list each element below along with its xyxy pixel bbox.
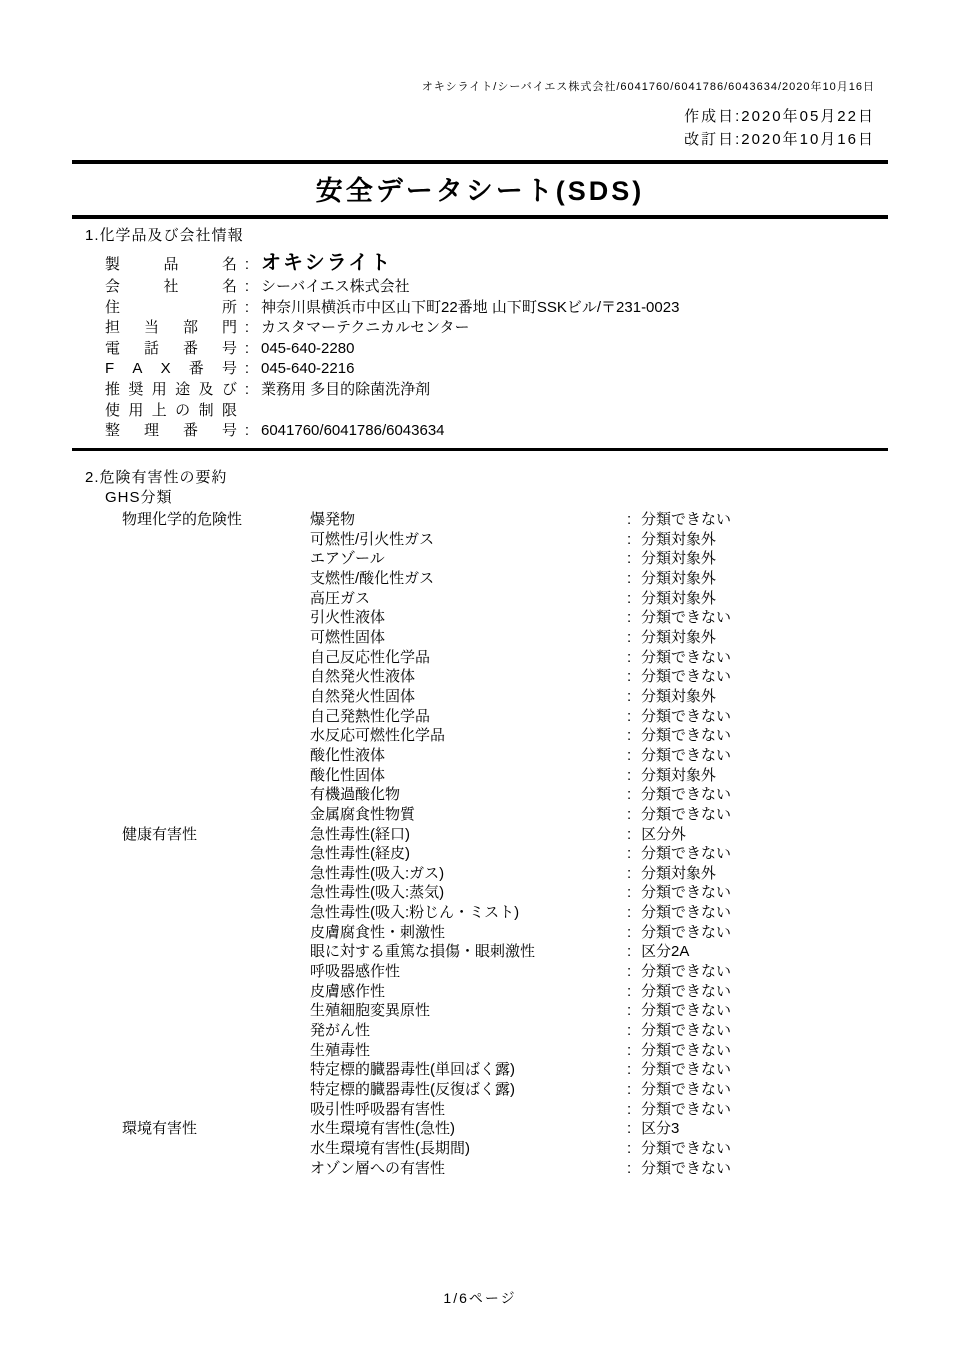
ghs-category-label xyxy=(122,766,310,786)
info-row: 推奨用途及び : 業務用 多目的除菌洗浄剤 xyxy=(105,380,920,401)
ghs-category-label xyxy=(122,883,310,903)
section1-heading: 1.化学品及び会社情報 xyxy=(85,226,920,246)
document-title-text: 安全データシート(SDS) xyxy=(316,176,645,206)
ghs-colon: : xyxy=(627,1159,641,1179)
info-label: 電話番号 xyxy=(105,339,237,360)
ghs-item-name: 爆発物 xyxy=(310,510,627,530)
ghs-item-value: 分類対象外 xyxy=(641,628,716,648)
info-value: 6041760/6041786/6043634 xyxy=(261,421,445,442)
ghs-colon: : xyxy=(627,628,641,648)
info-colon: : xyxy=(239,318,255,339)
ghs-colon: : xyxy=(627,569,641,589)
ghs-colon: : xyxy=(627,667,641,687)
ghs-category-label xyxy=(122,569,310,589)
sds-page: オキシライト/シーバイエス株式会社/6041760/6041786/604363… xyxy=(0,0,960,1357)
ghs-row: 高圧ガス : 分類対象外 xyxy=(85,589,940,609)
ghs-row: 引火性液体 : 分類できない xyxy=(85,608,940,628)
info-row: 住所 : 神奈川県横浜市中区山下町22番地 山下町SSKビル/〒231-0023 xyxy=(105,298,920,319)
info-row: 担当部門 : カスタマーテクニカルセンター xyxy=(105,318,920,339)
ghs-item-value: 区分外 xyxy=(641,825,686,845)
ghs-colon: : xyxy=(627,530,641,550)
ghs-item-name: 急性毒性(経口) xyxy=(310,825,627,845)
ghs-item-name: 呼吸器感作性 xyxy=(310,962,627,982)
ghs-item-name: 水反応可燃性化学品 xyxy=(310,726,627,746)
doc-reference-line: オキシライト/シーバイエス株式会社/6041760/6041786/604363… xyxy=(422,78,875,94)
info-colon: : xyxy=(239,277,255,298)
ghs-row: 酸化性固体 : 分類対象外 xyxy=(85,766,940,786)
ghs-category-label xyxy=(122,1139,310,1159)
ghs-item-name: 眼に対する重篤な損傷・眼刺激性 xyxy=(310,942,627,962)
ghs-item-name: 生殖毒性 xyxy=(310,1041,627,1061)
ghs-row: 生殖細胞変異原性 : 分類できない xyxy=(85,1001,940,1021)
ghs-row: 酸化性液体 : 分類できない xyxy=(85,746,940,766)
ghs-item-name: 吸引性呼吸器有害性 xyxy=(310,1100,627,1120)
ghs-category-label xyxy=(122,1041,310,1061)
ghs-row: 生殖毒性 : 分類できない xyxy=(85,1041,940,1061)
ghs-colon: : xyxy=(627,1001,641,1021)
ghs-row: 自己反応性化学品 : 分類できない xyxy=(85,648,940,668)
ghs-item-name: 金属腐食性物質 xyxy=(310,805,627,825)
ghs-item-name: エアゾール xyxy=(310,549,627,569)
ghs-category-label xyxy=(122,923,310,943)
ghs-category-label xyxy=(122,903,310,923)
info-label: 会社名 xyxy=(105,277,237,298)
ghs-colon: : xyxy=(627,805,641,825)
ghs-item-value: 分類できない xyxy=(641,903,731,923)
ghs-category-label xyxy=(122,1060,310,1080)
ghs-category-label: 健康有害性 xyxy=(122,825,310,845)
ghs-row: 急性毒性(吸入:蒸気) : 分類できない xyxy=(85,883,940,903)
ghs-item-value: 分類できない xyxy=(641,1100,731,1120)
ghs-row: オゾン層への有害性 : 分類できない xyxy=(85,1159,940,1179)
ghs-item-name: 急性毒性(吸入:粉じん・ミスト) xyxy=(310,903,627,923)
ghs-item-name: 特定標的臓器毒性(単回ばく露) xyxy=(310,1060,627,1080)
info-value: 045-640-2280 xyxy=(261,339,354,360)
ghs-colon: : xyxy=(627,785,641,805)
info-colon: : xyxy=(239,380,255,401)
ghs-item-name: 特定標的臓器毒性(反復ばく露) xyxy=(310,1080,627,1100)
ghs-category-label xyxy=(122,785,310,805)
ghs-row: 金属腐食性物質 : 分類できない xyxy=(85,805,940,825)
ghs-row: 物理化学的危険性 爆発物 : 分類できない xyxy=(85,510,940,530)
info-label: 使用上の制限 xyxy=(105,401,237,422)
ghs-item-value: 分類できない xyxy=(641,1080,731,1100)
ghs-item-value: 分類できない xyxy=(641,1139,731,1159)
ghs-category-label xyxy=(122,962,310,982)
ghs-row: 急性毒性(経皮) : 分類できない xyxy=(85,844,940,864)
ghs-item-name: 引火性液体 xyxy=(310,608,627,628)
ghs-classification-subheading: GHS分類 xyxy=(105,488,940,508)
ghs-colon: : xyxy=(627,825,641,845)
ghs-colon: : xyxy=(627,1119,641,1139)
ghs-item-name: 自己発熱性化学品 xyxy=(310,707,627,727)
info-label: 担当部門 xyxy=(105,318,237,339)
ghs-colon: : xyxy=(627,864,641,884)
ghs-category-label xyxy=(122,982,310,1002)
ghs-item-name: 高圧ガス xyxy=(310,589,627,609)
ghs-row: 吸引性呼吸器有害性 : 分類できない xyxy=(85,1100,940,1120)
ghs-item-name: 自己反応性化学品 xyxy=(310,648,627,668)
ghs-category-label xyxy=(122,1001,310,1021)
ghs-item-value: 分類できない xyxy=(641,1159,731,1179)
info-value: シーバイエス株式会社 xyxy=(261,277,410,298)
ghs-item-name: 生殖細胞変異原性 xyxy=(310,1001,627,1021)
ghs-row: 支燃性/酸化性ガス : 分類対象外 xyxy=(85,569,940,589)
created-date: 作成日:2020年05月22日 xyxy=(684,105,875,126)
ghs-item-value: 分類対象外 xyxy=(641,687,716,707)
ghs-colon: : xyxy=(627,510,641,530)
info-colon: : xyxy=(239,339,255,360)
ghs-item-value: 分類できない xyxy=(641,707,731,727)
section-hazard-summary: 2.危険有害性の要約 GHS分類 物理化学的危険性 爆発物 : 分類できない 可… xyxy=(85,468,940,1178)
ghs-colon: : xyxy=(627,648,641,668)
ghs-category-label xyxy=(122,707,310,727)
ghs-row: 発がん性 : 分類できない xyxy=(85,1021,940,1041)
ghs-row: 自然発火性固体 : 分類対象外 xyxy=(85,687,940,707)
ghs-category-label xyxy=(122,1100,310,1120)
ghs-item-value: 分類できない xyxy=(641,962,731,982)
ghs-category-label xyxy=(122,942,310,962)
ghs-category-label xyxy=(122,746,310,766)
ghs-item-name: 自然発火性固体 xyxy=(310,687,627,707)
ghs-colon: : xyxy=(627,766,641,786)
ghs-item-value: 分類対象外 xyxy=(641,530,716,550)
ghs-category-label: 環境有害性 xyxy=(122,1119,310,1139)
ghs-row: 健康有害性 急性毒性(経口) : 区分外 xyxy=(85,825,940,845)
ghs-category-label xyxy=(122,589,310,609)
document-title: 安全データシート(SDS) xyxy=(72,160,888,219)
info-value: 神奈川県横浜市中区山下町22番地 山下町SSKビル/〒231-0023 xyxy=(261,298,679,319)
ghs-row: 特定標的臓器毒性(反復ばく露) : 分類できない xyxy=(85,1080,940,1100)
info-row: 電話番号 : 045-640-2280 xyxy=(105,339,920,360)
info-colon: : xyxy=(239,298,255,319)
ghs-row: 皮膚感作性 : 分類できない xyxy=(85,982,940,1002)
ghs-item-value: 分類できない xyxy=(641,746,731,766)
ghs-item-value: 分類できない xyxy=(641,923,731,943)
ghs-colon: : xyxy=(627,707,641,727)
ghs-category-label xyxy=(122,687,310,707)
ghs-item-name: 急性毒性(吸入:蒸気) xyxy=(310,883,627,903)
ghs-item-name: 支燃性/酸化性ガス xyxy=(310,569,627,589)
ghs-item-name: 急性毒性(吸入:ガス) xyxy=(310,864,627,884)
ghs-category-label xyxy=(122,844,310,864)
info-label: FAX番号 xyxy=(105,359,237,380)
ghs-item-value: 分類対象外 xyxy=(641,766,716,786)
ghs-colon: : xyxy=(627,549,641,569)
ghs-category-label xyxy=(122,549,310,569)
ghs-item-value: 分類できない xyxy=(641,1060,731,1080)
ghs-item-name: 水生環境有害性(急性) xyxy=(310,1119,627,1139)
ghs-colon: : xyxy=(627,1139,641,1159)
ghs-category-label xyxy=(122,1159,310,1179)
ghs-colon: : xyxy=(627,923,641,943)
ghs-item-name: 皮膚腐食性・刺激性 xyxy=(310,923,627,943)
ghs-colon: : xyxy=(627,883,641,903)
ghs-item-name: 急性毒性(経皮) xyxy=(310,844,627,864)
info-value: 業務用 多目的除菌洗浄剤 xyxy=(261,380,430,401)
ghs-row: 水生環境有害性(長期間) : 分類できない xyxy=(85,1139,940,1159)
info-colon: : xyxy=(239,421,255,442)
ghs-colon: : xyxy=(627,1080,641,1100)
ghs-row: 可燃性/引火性ガス : 分類対象外 xyxy=(85,530,940,550)
info-label: 推奨用途及び xyxy=(105,380,237,401)
info-label: 整理番号 xyxy=(105,421,237,442)
ghs-item-value: 分類できない xyxy=(641,982,731,1002)
ghs-item-value: 分類できない xyxy=(641,1021,731,1041)
ghs-item-name: 可燃性/引火性ガス xyxy=(310,530,627,550)
ghs-row: 有機過酸化物 : 分類できない xyxy=(85,785,940,805)
section-divider-rule xyxy=(72,448,888,451)
info-row: 製品名 : オキシライト xyxy=(105,250,920,277)
ghs-category-label xyxy=(122,667,310,687)
ghs-item-value: 分類できない xyxy=(641,608,731,628)
ghs-colon: : xyxy=(627,746,641,766)
ghs-colon: : xyxy=(627,844,641,864)
ghs-row: 呼吸器感作性 : 分類できない xyxy=(85,962,940,982)
ghs-item-name: 発がん性 xyxy=(310,1021,627,1041)
ghs-row-list: 物理化学的危険性 爆発物 : 分類できない 可燃性/引火性ガス : 分類対象外 … xyxy=(85,510,940,1178)
ghs-category-label xyxy=(122,1080,310,1100)
ghs-colon: : xyxy=(627,589,641,609)
info-label: 製品名 xyxy=(105,255,237,276)
ghs-row: 可燃性固体 : 分類対象外 xyxy=(85,628,940,648)
revised-date: 改訂日:2020年10月16日 xyxy=(684,128,875,149)
ghs-item-name: 可燃性固体 xyxy=(310,628,627,648)
info-value: 045-640-2216 xyxy=(261,359,354,380)
ghs-item-value: 分類できない xyxy=(641,726,731,746)
ghs-item-value: 分類できない xyxy=(641,844,731,864)
ghs-colon: : xyxy=(627,687,641,707)
ghs-category-label xyxy=(122,628,310,648)
ghs-item-value: 分類できない xyxy=(641,648,731,668)
ghs-row: エアゾール : 分類対象外 xyxy=(85,549,940,569)
ghs-item-name: 有機過酸化物 xyxy=(310,785,627,805)
ghs-category-label: 物理化学的危険性 xyxy=(122,510,310,530)
ghs-category-label xyxy=(122,805,310,825)
ghs-row: 皮膚腐食性・刺激性 : 分類できない xyxy=(85,923,940,943)
ghs-colon: : xyxy=(627,1100,641,1120)
ghs-row: 特定標的臓器毒性(単回ばく露) : 分類できない xyxy=(85,1060,940,1080)
ghs-category-label xyxy=(122,608,310,628)
ghs-category-label xyxy=(122,648,310,668)
page-footer: 1/6ページ xyxy=(0,1288,960,1308)
ghs-item-name: 皮膚感作性 xyxy=(310,982,627,1002)
ghs-item-value: 区分3 xyxy=(641,1119,679,1139)
ghs-colon: : xyxy=(627,1021,641,1041)
ghs-row: 急性毒性(吸入:粉じん・ミスト) : 分類できない xyxy=(85,903,940,923)
ghs-item-value: 分類できない xyxy=(641,667,731,687)
ghs-row: 環境有害性 水生環境有害性(急性) : 区分3 xyxy=(85,1119,940,1139)
ghs-category-label xyxy=(122,864,310,884)
ghs-item-value: 分類対象外 xyxy=(641,549,716,569)
ghs-colon: : xyxy=(627,942,641,962)
ghs-colon: : xyxy=(627,726,641,746)
info-value: カスタマーテクニカルセンター xyxy=(261,318,470,339)
info-row: 整理番号 : 6041760/6041786/6043634 xyxy=(105,421,920,442)
ghs-colon: : xyxy=(627,1060,641,1080)
ghs-item-name: 酸化性固体 xyxy=(310,766,627,786)
ghs-item-value: 分類できない xyxy=(641,883,731,903)
ghs-item-name: 自然発火性液体 xyxy=(310,667,627,687)
ghs-item-value: 分類できない xyxy=(641,805,731,825)
ghs-item-name: 水生環境有害性(長期間) xyxy=(310,1139,627,1159)
info-value: オキシライト xyxy=(261,250,392,277)
ghs-colon: : xyxy=(627,962,641,982)
ghs-row: 水反応可燃性化学品 : 分類できない xyxy=(85,726,940,746)
ghs-item-value: 分類できない xyxy=(641,1001,731,1021)
section2-heading: 2.危険有害性の要約 xyxy=(85,468,940,488)
ghs-item-name: 酸化性液体 xyxy=(310,746,627,766)
ghs-row: 急性毒性(吸入:ガス) : 分類対象外 xyxy=(85,864,940,884)
ghs-colon: : xyxy=(627,982,641,1002)
ghs-item-value: 分類対象外 xyxy=(641,589,716,609)
ghs-row: 自己発熱性化学品 : 分類できない xyxy=(85,707,940,727)
info-colon: : xyxy=(239,359,255,380)
section-company-info: 1.化学品及び会社情報 製品名 : オキシライト 会社名 : シーバイエス株式会… xyxy=(85,226,920,442)
info-row: 会社名 : シーバイエス株式会社 xyxy=(105,277,920,298)
ghs-item-name: オゾン層への有害性 xyxy=(310,1159,627,1179)
ghs-item-value: 分類できない xyxy=(641,785,731,805)
info-colon: : xyxy=(239,255,255,276)
ghs-colon: : xyxy=(627,608,641,628)
ghs-row: 眼に対する重篤な損傷・眼刺激性 : 区分2A xyxy=(85,942,940,962)
ghs-category-label xyxy=(122,1021,310,1041)
ghs-colon: : xyxy=(627,1041,641,1061)
info-row: FAX番号 : 045-640-2216 xyxy=(105,359,920,380)
ghs-category-label xyxy=(122,726,310,746)
ghs-item-value: 分類対象外 xyxy=(641,864,716,884)
info-row-list: 製品名 : オキシライト 会社名 : シーバイエス株式会社 住所 : 神奈川県横… xyxy=(85,250,920,442)
ghs-category-label xyxy=(122,530,310,550)
info-label: 住所 xyxy=(105,298,237,319)
ghs-colon: : xyxy=(627,903,641,923)
ghs-item-value: 分類できない xyxy=(641,1041,731,1061)
ghs-item-value: 区分2A xyxy=(641,942,689,962)
ghs-row: 自然発火性液体 : 分類できない xyxy=(85,667,940,687)
ghs-item-value: 分類対象外 xyxy=(641,569,716,589)
info-row: 使用上の制限 xyxy=(105,401,920,422)
ghs-item-value: 分類できない xyxy=(641,510,731,530)
